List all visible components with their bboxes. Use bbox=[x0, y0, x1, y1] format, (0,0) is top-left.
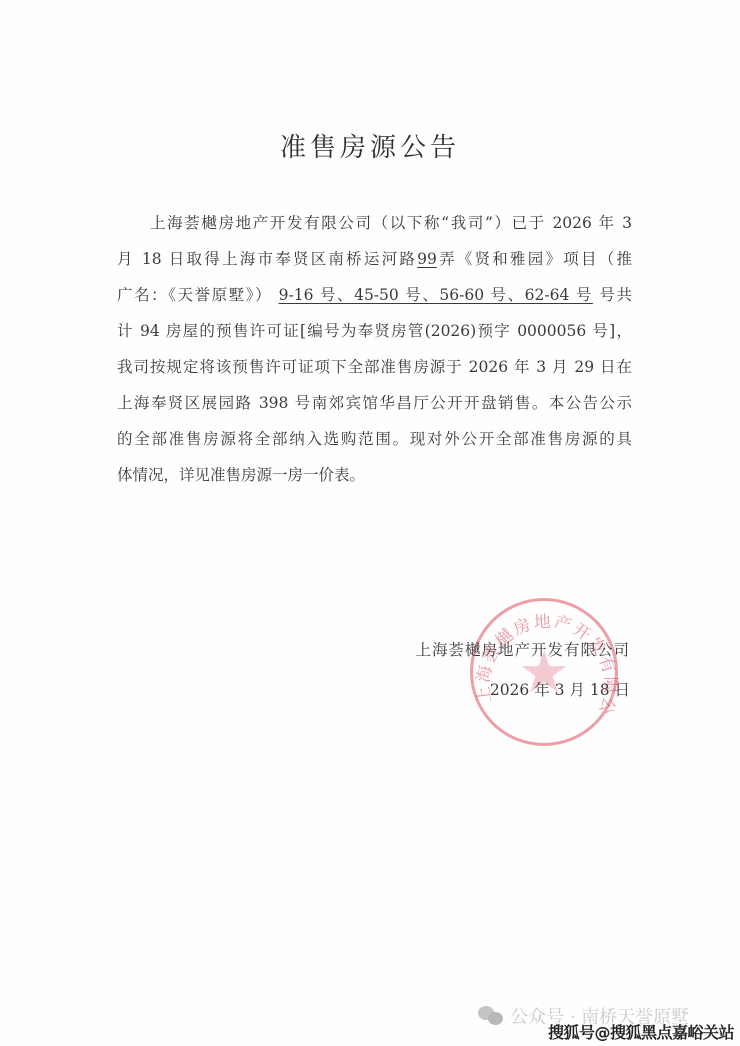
lane-number: 99 bbox=[417, 250, 437, 268]
sohu-watermark: 搜狐号@搜狐黑点嘉峪关站 bbox=[548, 1020, 734, 1043]
body-line-7: 的全部准售房源将全部纳入选购范围。现对外公开全部准售房源的具 bbox=[117, 421, 632, 457]
signature-company: 上海荟樾房地产开发有限公司 bbox=[415, 638, 630, 660]
body-line-2-prefix: 月 18 日取得上海市奉贤区南桥运河路 bbox=[117, 250, 417, 268]
document-title: 准售房源公告 bbox=[0, 127, 740, 164]
body-line-1: 上海荟樾房地产开发有限公司（以下称“我司”）已于 2026 年 3 bbox=[117, 205, 632, 241]
body-line-4: 计 94 房屋的预售许可证[编号为奉贤房管(2026)预字 0000056 号]… bbox=[117, 313, 632, 349]
body-line-6: 上海奉贤区展园路 398 号南郊宾馆华昌厅公开开盘销售。本公告公示 bbox=[117, 385, 632, 421]
company-seal: 上海荟樾房地产开发有限公司 ★ bbox=[470, 598, 618, 746]
body-line-3-prefix: 广名：《天誉原墅》） bbox=[117, 286, 272, 304]
body-line-2-suffix: 弄《贤和雅园》项目（推 bbox=[437, 250, 632, 268]
body-line-8: 体情况，详见准售房源一房一价表。 bbox=[117, 457, 632, 493]
body-line-3-suffix: 号共 bbox=[599, 286, 632, 304]
body-line-3: 广名：《天誉原墅》） 9-16 号、45-50 号、56-60 号、62-64 … bbox=[117, 277, 632, 313]
body-line-2: 月 18 日取得上海市奉贤区南桥运河路99弄《贤和雅园》项目（推 bbox=[117, 241, 632, 277]
wechat-icon bbox=[478, 1006, 504, 1026]
announcement-body: 上海荟樾房地产开发有限公司（以下称“我司”）已于 2026 年 3 月 18 日… bbox=[117, 205, 632, 493]
body-line-5: 我司按规定将该预售许可证项下全部准售房源于 2026 年 3 月 29 日在 bbox=[117, 349, 632, 385]
signature-date: 2026 年 3 月 18 日 bbox=[490, 678, 630, 700]
building-numbers: 9-16 号、45-50 号、56-60 号、62-64 号 bbox=[279, 286, 593, 304]
document-page: 准售房源公告 上海荟樾房地产开发有限公司（以下称“我司”）已于 2026 年 3… bbox=[0, 0, 740, 1046]
